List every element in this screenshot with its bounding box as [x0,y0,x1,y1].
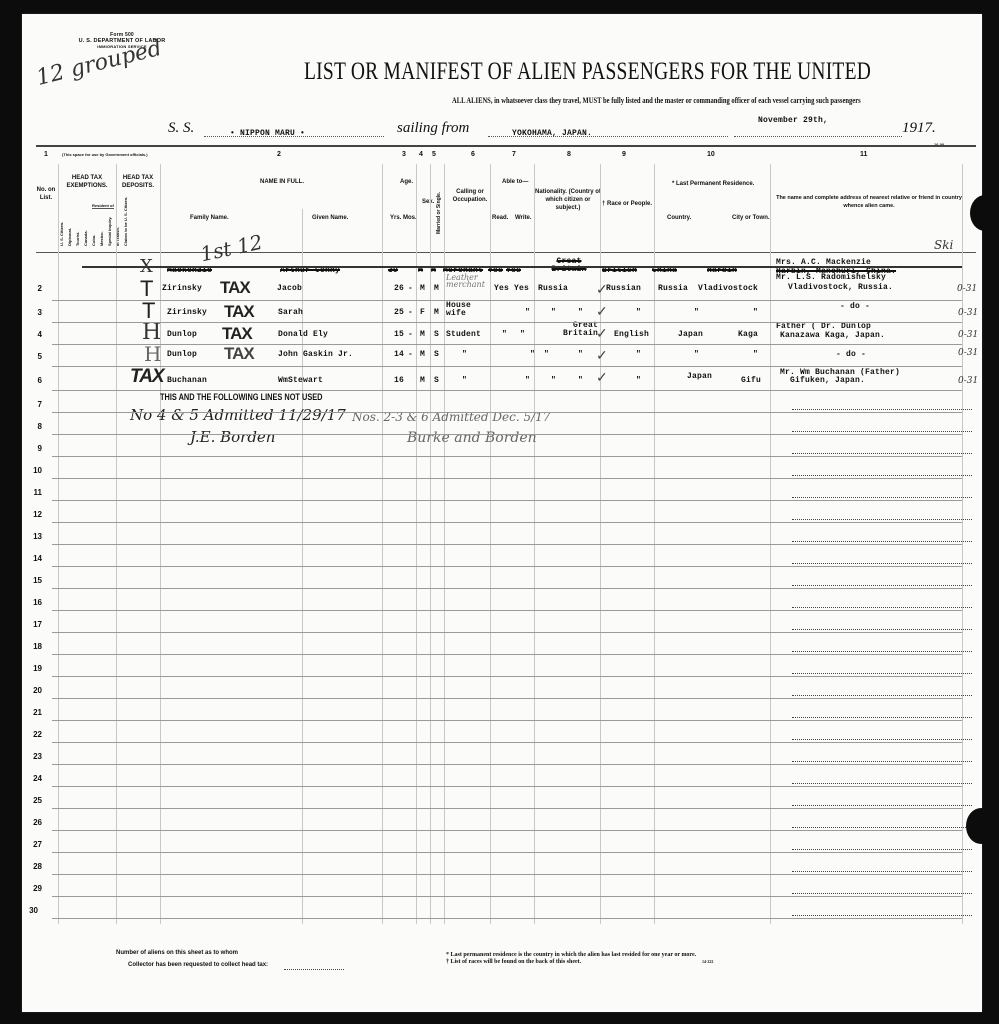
row-number: 12 [26,510,42,519]
given-name: Donald Ely [278,330,328,339]
nationality: Russia [538,284,568,293]
row-number: 17 [26,620,42,629]
married-single-header: Married or Single. [436,184,442,234]
city: Kaga [738,330,758,339]
relative-address: Kanazawa Kaga, Japan. [780,331,885,340]
row-number: 10 [26,466,42,475]
months: - [408,350,413,359]
row-number: 20 [26,686,42,695]
col-num-9: 9 [622,151,626,158]
read: " [502,330,507,339]
last-residence-header: * Last Permanent Residence. [672,180,754,188]
col-num-1: 1 [44,151,48,158]
given-name: John Gaskin Jr. [278,350,353,359]
head-tax-exemptions-header: HEAD TAX EXEMPTIONS. [58,174,116,190]
marital-status: S [434,376,439,385]
occupation-header: Calling or Occupation. [450,188,490,204]
subcol-canada: Canada. [83,214,88,246]
city: " [753,350,758,359]
write: " [520,330,525,339]
row-number: 29 [26,884,42,893]
page-title: LIST OR MANIFEST OF ALIEN PASSENGERS FOR… [304,58,871,86]
given-name: Sarah [278,308,303,317]
col-num-11: 11 [860,151,867,158]
header-rule [36,145,976,147]
row-number: 3 [26,308,42,317]
punch-hole [970,195,999,231]
read: Yes [494,284,509,293]
manifest-sheet: Form 500 U. S. DEPARTMENT OF LABOR IMMIG… [22,14,982,1012]
punch-hole [966,808,996,844]
head-tax-deposits-header: HEAD TAX DEPOSITS. [116,174,160,190]
relative-name: Mr. L.S. Radomishelsky [776,273,886,282]
marital-status: M [434,284,439,293]
col-num-10: 10 [707,151,715,158]
given-name: WmStewart [278,376,323,385]
nationality: Great Britain [542,322,598,338]
check-icon: ✓ [596,366,616,388]
relative-address: Gifuken, Japan. [790,376,865,385]
row-number: 19 [26,664,42,673]
family-name: Dunlop [167,330,197,339]
row-number: 27 [26,840,42,849]
row-number: 13 [26,532,42,541]
tax-stamp: TAX [130,366,164,388]
date-field: November 29th, [734,122,902,137]
marital-status: S [434,350,439,359]
col-num-6: 6 [471,151,475,158]
col-num-3: 3 [402,151,406,158]
row-number: 8 [26,422,42,431]
able-to-header: Able to— [502,178,528,186]
sex: F [420,308,425,317]
age: 15 [394,330,404,339]
race: " [636,350,641,359]
age: 25 [394,308,404,317]
city: " [753,308,758,317]
margin-code: 0-31 [958,376,978,386]
row-number: 5 [26,352,42,361]
tax-stamp: TAX [224,344,254,364]
page-subtitle: ALL ALIENS, in whatsoever class they tra… [452,96,861,105]
row-number: 9 [26,444,42,453]
tax-stamp: TAX [224,302,254,322]
subcol-tourist: Tourist. [75,214,80,246]
h-mark: H [144,342,161,366]
check-icon: ✓ [596,278,616,300]
ss-label: S. S. [168,120,194,137]
read-header: Read. [492,214,508,222]
no-on-list-header: No. on List. [34,186,58,202]
gov-use-note: (This space for use by Government offici… [62,152,148,157]
table-row: 6 TAX Buchanan WmStewart 16 M S " " " " … [22,366,982,390]
head-tax-count-field [284,969,344,970]
signature-2: Burke and Borden [407,430,537,446]
occupation: " [462,376,467,385]
table-row: 4 H Dunlop TAX Donald Ely 15 - M S Stude… [22,322,982,344]
race: English [614,330,649,339]
write: " [544,350,549,359]
row-number: 4 [26,330,42,339]
row-number: 21 [26,708,42,717]
margin-note-top: Ski [934,238,953,252]
strike-line [82,266,962,268]
country-header: Country. [667,214,691,222]
row-number: 26 [26,818,42,827]
write: " [551,308,556,317]
col-num-4: 4 [419,151,423,158]
subcol-special-inquiry: Special Inquiry. [107,214,112,246]
relative-name: Father ( Dr. Dunlop [776,322,871,331]
write: Yes [514,284,529,293]
family-name: Zirinsky [167,308,207,317]
months: - [408,308,413,317]
row-number: 6 [26,376,42,385]
occupation: Student [446,330,481,339]
country: Japan [687,372,712,381]
ship-name: • NIPPON MARU • [230,129,305,138]
race: " [636,376,641,385]
tax-stamp: TAX [222,324,252,344]
check-icon: ✓ [596,322,616,344]
family-name: Buchanan [167,376,207,385]
sex: M [420,376,425,385]
head-tax-label-1: Number of aliens on this sheet as to who… [116,950,238,956]
nationality-header: Nationality. (Country of which citizen o… [534,188,602,212]
row-number: 28 [26,862,42,871]
nationality: " [578,308,583,317]
relative-name: - do - [836,350,866,359]
row-number: 23 [26,752,42,761]
subcol-diplomat: Diplomat. [67,214,72,246]
row-number: 24 [26,774,42,783]
sailing-year: 1917. [902,120,936,137]
age-header: Age. [400,178,413,186]
admitted-note-1: No 4 & 5 Admitted 11/29/17 [130,406,346,424]
read: " [525,308,530,317]
ship-name-field: • NIPPON MARU • [204,122,384,137]
occupation-handwritten: Leather merchant [446,274,486,288]
table-row: 5 H Dunlop TAX John Gaskin Jr. 14 - M S … [22,344,982,366]
check-icon: ✓ [596,300,616,322]
row-number: 14 [26,554,42,563]
relative-name: - do - [840,302,870,311]
nationality: " [578,350,583,359]
nationality: " [578,376,583,385]
sailing-label: sailing from [397,120,469,137]
sex: M [420,350,425,359]
age: 14 [394,350,404,359]
occupation: House wife [446,302,476,318]
footnote-residence: * Last permanent residence is the countr… [446,952,696,958]
header-bottom-rule [36,252,976,253]
margin-code: 0-31 [958,348,978,358]
age: 26 [394,284,404,293]
subcol-cuba: Cuba. [91,214,96,246]
given-name-header: Given Name. [312,214,348,222]
head-tax-label-2: Collector has been requested to collect … [128,962,268,968]
margin-code: 0-31 [957,284,977,294]
subcol-mexico: Mexico. [99,214,104,246]
country: " [694,308,699,317]
row-number: 30 [22,906,38,915]
col-num-2: 2 [277,151,281,158]
footer-code: 14-222 [702,959,713,964]
race-header: † Race or People. [602,200,652,208]
footnote-races: † List of races will be found on the bac… [446,959,581,965]
city: Vladivostock [698,284,758,293]
marital-status: M [434,308,439,317]
row-number: 11 [26,488,42,497]
country: Russia [658,284,688,293]
read: " [525,376,530,385]
name-in-full-header: NAME IN FULL. [222,178,342,186]
sex: M [420,284,425,293]
row-number: 15 [26,576,42,585]
given-name: Jacob [277,284,302,293]
write-header: Write. [515,214,532,222]
sex: M [420,330,425,339]
sailing-date: November 29th, [758,116,828,125]
row-number: 16 [26,598,42,607]
relative-header: The name and complete address of nearest… [774,194,964,210]
signature-1: J.E. Borden [190,428,275,446]
sex-header: Sex. [422,198,434,206]
not-used-stamp: THIS AND THE FOLLOWING LINES NOT USED [160,392,323,402]
subcol-us-citizen: U. S. Citizen. [59,214,64,246]
resident-of-label: Resident of [92,203,114,209]
tax-stamp: TAX [220,278,250,298]
row-number: 7 [26,400,42,409]
family-name-header: Family Name. [190,214,229,222]
margin-code: 0-31 [958,330,978,340]
race-checkmarks: ✓ ✓ ✓ ✓ ✓ [596,278,616,388]
row-number: 25 [26,796,42,805]
country: Japan [678,330,703,339]
marital-status: S [434,330,439,339]
occupation: " [462,350,467,359]
table-row: 2 T Zirinsky TAX Jacob 26 - M M Leather … [22,278,982,300]
col-num-7: 7 [512,151,516,158]
col-num-5: 5 [432,151,436,158]
family-name: Dunlop [167,350,197,359]
row-number: 2 [26,284,42,293]
exemption-subcolumns: U. S. Citizen. Diplomat. Tourist. Canada… [59,214,128,246]
port-field: YOKOHAMA, JAPAN. [488,122,728,137]
table-row: 3 T Zirinsky TAX Sarah 25 - F M House wi… [22,300,982,322]
margin-code: 0-31 [958,308,978,318]
country: " [694,350,699,359]
months: - [408,330,413,339]
check-icon: ✓ [596,344,616,366]
yrs-mos-header: Yrs. Mos. [390,214,417,222]
row-number: 18 [26,642,42,651]
months: - [408,284,413,293]
read: " [530,350,535,359]
row-number: 22 [26,730,42,739]
port: YOKOHAMA, JAPAN. [512,129,592,138]
relative-address: Vladivostock, Russia. [788,283,893,292]
race: " [636,308,641,317]
write: " [551,376,556,385]
col-num-8: 8 [567,151,571,158]
city: Gifu [741,376,761,385]
age: 16 [394,376,404,385]
city-header: City or Town. [732,214,770,222]
family-name: Zirinsky [162,284,202,293]
subcol-claims-citizen: Claims to be U. S. Citizen. [123,214,128,246]
